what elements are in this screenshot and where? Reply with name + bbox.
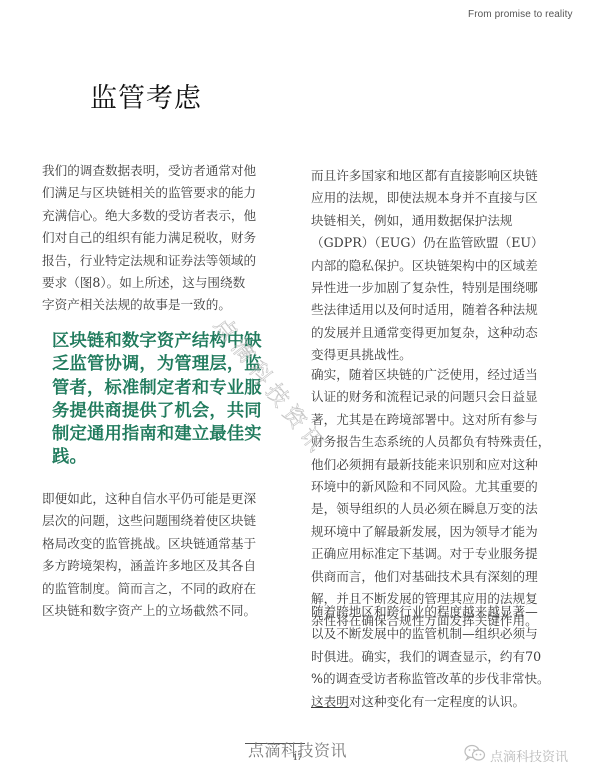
text-line: （GDPR）（EUG）仍在监管欧盟（EU） xyxy=(311,232,579,254)
text-line: 格局改变的监管挑战。区块链通常基于 xyxy=(42,533,304,555)
text-line: 环境中的新风险和不同风险。尤其重要的 xyxy=(311,476,579,498)
text-line: 以及不断发展中的监管机制—组织必须与 xyxy=(311,623,579,645)
text-line: 些法律适用以及何时适用，随着各种法规 xyxy=(311,299,579,321)
text-line: 字资产相关法规的故事是一致的。 xyxy=(42,294,304,316)
text-line: 多方跨境架构，涵盖许多地区及其各自 xyxy=(42,555,304,577)
text-fragment: 对这种变化有一定程度的认识。 xyxy=(349,694,525,709)
text-line: 的发展并且通常变得更加复杂，这种动态 xyxy=(311,322,579,344)
text-line: 异性进一步加剧了复杂性，特别是围绕哪 xyxy=(311,277,579,299)
text-line: 们满足与区块链相关的监管要求的能力 xyxy=(42,182,304,204)
text-line: 充满信心。绝大多数的受访者表示，他 xyxy=(42,205,304,227)
pullquote-line: 务提供商提供了机会，共同 xyxy=(52,400,298,423)
text-line: 们对自己的组织有能力满足税收，财务 xyxy=(42,227,304,249)
text-line: 供商而言，他们对基础技术具有深刻的理 xyxy=(311,566,579,588)
wechat-watermark: 点滴科技资讯 xyxy=(464,744,568,766)
text-line: %的调查受访者称监管改革的步伐非常快。 xyxy=(311,668,579,690)
text-line: 内部的隐私保护。区块链架构中的区域差 xyxy=(311,255,579,277)
text-line: 确实，随着区块链的广泛使用，经过适当 xyxy=(311,364,579,386)
text-line: 认证的财务和流程记录的问题只会日益显 xyxy=(311,386,579,408)
wechat-account-name: 点滴科技资讯 xyxy=(490,746,568,765)
text-line: 应用的法规，即使法规本身并不直接与区 xyxy=(311,187,579,209)
page-number: 17 xyxy=(293,752,302,762)
text-line: 的监管制度。简而言之，不同的政府在 xyxy=(42,578,304,600)
text-line: 块链相关，例如，通用数据保护法规 xyxy=(311,210,579,232)
text-line: 随着跨地区和跨行业的程度越来越显著— xyxy=(311,601,579,623)
second-paragraph: 即便如此，这种自信水平仍可能是更深 层次的问题，这些问题围绕着使区块链 格局改变… xyxy=(42,488,304,622)
text-line-last: 这表明对这种变化有一定程度的认识。 xyxy=(311,691,579,713)
text-line: 正确应用标准定下基调。对于专业服务提 xyxy=(311,543,579,565)
text-line: 要求（图8）。如上所述，这与围绕数 xyxy=(42,272,304,294)
text-line: 报告，行业特定法规和证券法等领域的 xyxy=(42,250,304,272)
text-line: 层次的问题，这些问题围绕着使区块链 xyxy=(42,510,304,532)
right-paragraph-3: 随着跨地区和跨行业的程度越来越显著— 以及不断发展中的监管机制—组织必须与 时俱… xyxy=(311,601,579,713)
right-paragraph-2: 确实，随着区块链的广泛使用，经过适当 认证的财务和流程记录的问题只会日益显 著，… xyxy=(311,364,579,633)
wechat-icon xyxy=(464,744,486,766)
right-paragraph-1: 而且许多国家和地区都有直接影响区块链 应用的法规，即使法规本身并不直接与区 块链… xyxy=(311,165,579,367)
page-title: 监管考虑 xyxy=(90,76,202,115)
pullquote-line: 践。 xyxy=(52,446,298,469)
running-header: From promise to reality xyxy=(468,9,573,20)
text-line: 区块链和数字资产上的立场截然不同。 xyxy=(42,600,304,622)
underlined-text: 这表明 xyxy=(311,694,349,709)
intro-paragraph: 我们的调查数据表明，受访者通常对他 们满足与区块链相关的监管要求的能力 充满信心… xyxy=(42,160,304,317)
text-line: 规环境中了解最新发展，因为领导才能为 xyxy=(311,521,579,543)
text-line: 即便如此，这种自信水平仍可能是更深 xyxy=(42,488,304,510)
text-line: 财务报告生态系统的人员都负有特殊责任， xyxy=(311,431,579,453)
text-line: 时俱进。确实，我们的调查显示，约有70 xyxy=(311,646,579,668)
text-line: 著，尤其是在跨境部署中。这对所有参与 xyxy=(311,409,579,431)
text-line: 而且许多国家和地区都有直接影响区块链 xyxy=(311,165,579,187)
pullquote-line: 制定通用指南和建立最佳实 xyxy=(52,423,298,446)
text-line: 他们必须拥有最新技能来识别和应对这种 xyxy=(311,454,579,476)
text-line: 是，领导组织的人员必须在瞬息万变的法 xyxy=(311,498,579,520)
text-line: 我们的调查数据表明，受访者通常对他 xyxy=(42,160,304,182)
